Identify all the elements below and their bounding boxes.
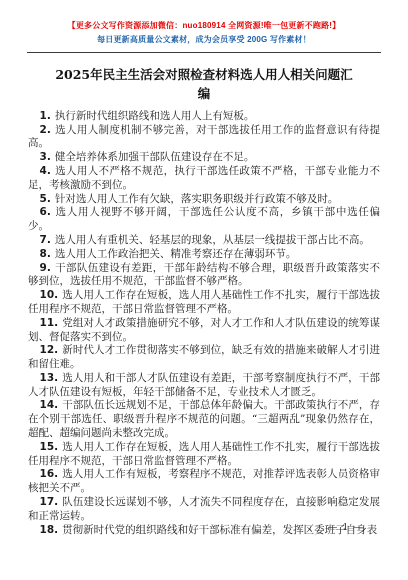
item-number: 11. <box>40 317 59 329</box>
list-item: 10.选人用人工作存在短板，选人用人基础性工作不扎实，履行干部选拔任用程序不规范… <box>28 289 380 317</box>
list-item: 2.选人用人制度机制不够完善，对干部选拔任用工作的监督意识有待提高。 <box>28 124 380 152</box>
item-number: 7. <box>40 234 51 246</box>
item-text: 选人用人有重机关、轻基层的现象，从基层一线提拔干部占比不高。 <box>55 234 370 246</box>
item-number: 14. <box>40 399 59 411</box>
item-text: 执行新时代组织路线和选人用人上有短板。 <box>55 110 255 122</box>
item-number: 16. <box>40 468 59 480</box>
list-item: 5.针对选人用人工作有欠缺，落实职务职级并行政策不够及时。 <box>28 193 380 207</box>
item-number: 3. <box>40 151 51 163</box>
page-number: — 1 — <box>328 522 364 533</box>
ad-line-blue: 每日更新高质量公文素材，成为会员享受 200G 写作素材！ <box>0 34 408 45</box>
item-number: 15. <box>40 441 59 453</box>
header-rule <box>27 52 381 53</box>
list-item: 6.选人用人视野不够开阔，干部选任公认度不高，乡镇干部中选任偏少。 <box>28 206 380 234</box>
item-text: 新时代人才工作贯彻落实不够到位，缺乏有效的措施来破解人才引进和留住难。 <box>28 344 380 370</box>
item-number: 6. <box>40 206 51 218</box>
list-item: 11.党组对人才政策措施研究不够，对人才工作和人才队伍建设的统筹谋划、督促落实不… <box>28 317 380 345</box>
item-number: 12. <box>40 344 59 356</box>
item-text: 选人用人制度机制不够完善，对干部选拔任用工作的监督意识有待提高。 <box>28 124 380 150</box>
list-item: 14.干部队伍长远规划不足，干部总体年龄偏大。干部政策执行不严，存在个别干部选任… <box>28 399 380 440</box>
document-body: 1.执行新时代组织路线和选人用人上有短板。 2.选人用人制度机制不够完善，对干部… <box>28 110 380 538</box>
list-item: 7.选人用人有重机关、轻基层的现象，从基层一线提拔干部占比不高。 <box>28 234 380 248</box>
list-item: 4.选人用人不严格不规范，执行干部选任政策不严格，干部专业能力不足，考核激励不到… <box>28 165 380 193</box>
item-text: 针对选人用人工作有欠缺，落实职务职级并行政策不够及时。 <box>55 193 339 205</box>
list-item: 3.健全培养体系加强干部队伍建设存在不足。 <box>28 151 380 165</box>
item-number: 4. <box>40 165 51 177</box>
ad-banner: 【更多公文写作资源添加微信：nuo180914 全网资源!唯一包更新不跑路!】 … <box>0 0 408 45</box>
document-page: 【更多公文写作资源添加微信：nuo180914 全网资源!唯一包更新不跑路!】 … <box>0 0 408 580</box>
list-item: 9.干部队伍建设有差距，干部年龄结构不够合理，职级晋升政策落实不够到位，选拔任用… <box>28 262 380 290</box>
ad-line-red: 【更多公文写作资源添加微信：nuo180914 全网资源!唯一包更新不跑路!】 <box>0 20 408 31</box>
item-number: 9. <box>40 262 51 274</box>
item-text: 党组对人才政策措施研究不够，对人才工作和人才队伍建设的统筹谋划、督促落实不到位。 <box>28 317 380 343</box>
item-number: 18. <box>40 524 59 536</box>
item-number: 17. <box>40 496 59 508</box>
list-item: 16.选人用人工作有短板，考察程序不规范，对推荐评选表彰人员资格审核把关不严。 <box>28 468 380 496</box>
list-item: 15.选人用人工作存在短板，选人用人基础性工作不扎实，履行干部选拔任用程序不规范… <box>28 441 380 469</box>
item-text: 干部队伍长远规划不足，干部总体年龄偏大。干部政策执行不严，存在个别干部选任、职级… <box>28 399 380 439</box>
item-number: 5. <box>40 193 51 205</box>
item-number: 1. <box>40 110 51 122</box>
list-item: 8.选人用人工作政治把关、精准考察还存在薄弱环节。 <box>28 248 380 262</box>
item-number: 2. <box>40 124 51 136</box>
item-number: 10. <box>40 289 59 301</box>
item-text: 健全培养体系加强干部队伍建设存在不足。 <box>55 151 255 163</box>
list-item: 13.选人用人和干部人才队伍建设有差距，干部考察制度执行不严，干部人才队伍建设有… <box>28 372 380 400</box>
item-number: 8. <box>40 248 51 260</box>
list-item: 17.队伍建设长远谋划不够，人才流失不同程度存在，直接影响稳定发展和正常运转。 <box>28 496 380 524</box>
page-title: 2025年民主生活会对照检查材料选人用人相关问题汇编 <box>54 65 354 104</box>
item-number: 13. <box>40 372 59 384</box>
item-text: 选人用人工作政治把关、精准考察还存在薄弱环节。 <box>55 248 297 260</box>
list-item: 12.新时代人才工作贯彻落实不够到位，缺乏有效的措施来破解人才引进和留住难。 <box>28 344 380 372</box>
item-text: 选人用人不严格不规范，执行干部选任政策不严格，干部专业能力不足，考核激励不到位。 <box>28 165 380 191</box>
item-text: 选人用人和干部人才队伍建设有差距，干部考察制度执行不严，干部人才队伍建设有短板，… <box>28 372 380 398</box>
item-text: 干部队伍建设有差距，干部年龄结构不够合理，职级晋升政策落实不够到位，选拔任用不规… <box>28 262 380 288</box>
item-text: 选人用人工作有短板，考察程序不规范，对推荐评选表彰人员资格审核把关不严。 <box>28 468 380 494</box>
item-text: 队伍建设长远谋划不够，人才流失不同程度存在，直接影响稳定发展和正常运转。 <box>28 496 380 522</box>
item-text: 选人用人视野不够开阔，干部选任公认度不高，乡镇干部中选任偏少。 <box>28 206 380 232</box>
list-item: 1.执行新时代组织路线和选人用人上有短板。 <box>28 110 380 124</box>
item-text: 选人用人工作存在短板，选人用人基础性工作不扎实，履行干部选拔任用程序不规范，干部… <box>28 441 380 467</box>
item-text: 选人用人工作存在短板，选人用人基础性工作不扎实，履行干部选拔任用程序不规范，干部… <box>28 289 380 315</box>
